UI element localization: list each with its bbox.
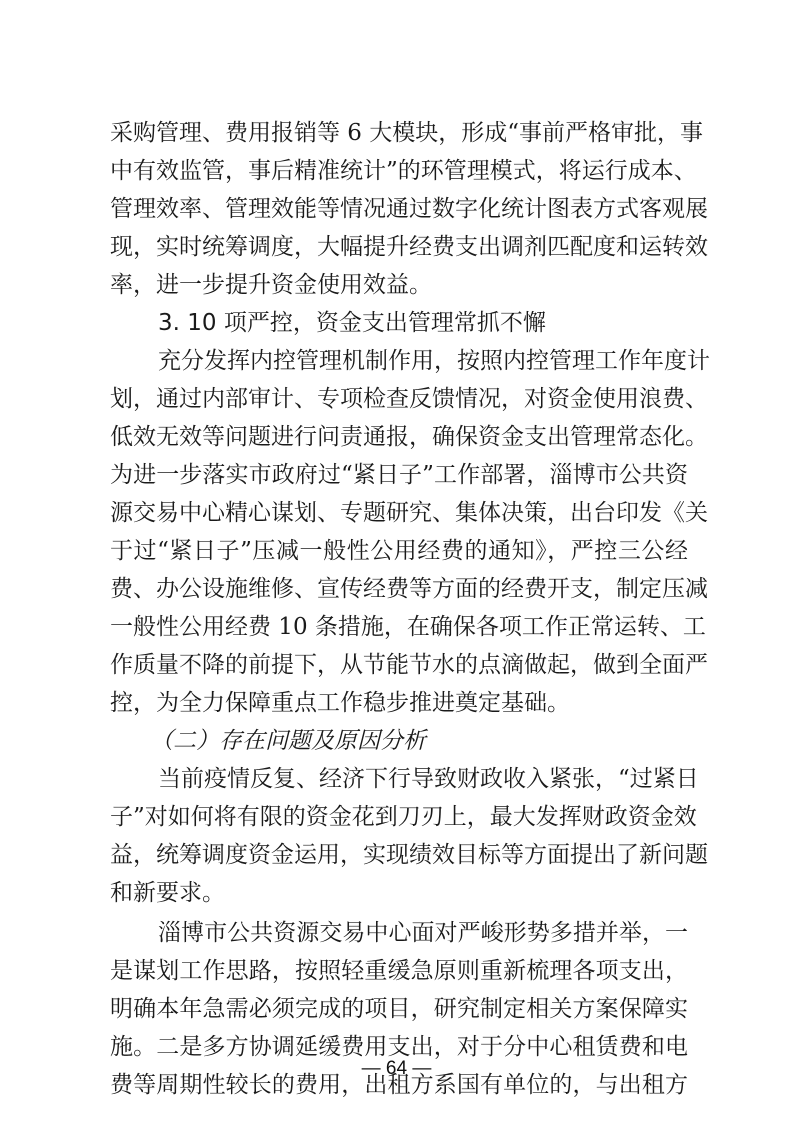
paragraph-line: 和新要求。	[110, 874, 688, 912]
paragraph-line: 是谋划工作思路，按照轻重缓急原则重新梳理各项支出，	[110, 952, 688, 990]
paragraph-line: 益，统筹调度资金运用，实现绩效目标等方面提出了新问题	[110, 836, 688, 874]
paragraph-line: 为进一步落实市政府过“紧日子”工作部署，淄博市公共资	[110, 456, 688, 494]
paragraph-line: 划，通过内部审计、专项检查反馈情况，对资金使用浪费、	[110, 380, 688, 418]
paragraph-line: 率，进一步提升资金使用效益。	[110, 266, 688, 304]
paragraph-line: 源交易中心精心谋划、专题研究、集体决策，出台印发《关	[110, 494, 688, 532]
paragraph-line: 费、办公设施维修、宣传经费等方面的经费开支，制定压减	[110, 570, 688, 608]
paragraph-line: 管理效率、管理效能等情况通过数字化统计图表方式客观展	[110, 190, 688, 228]
page-number: — 64 —	[0, 1058, 793, 1080]
section-heading-problems: （二）存在问题及原因分析	[150, 722, 680, 760]
section-heading-3-10: 3. 10 项严控，资金支出管理常抓不懈	[158, 304, 688, 342]
document-page: 采购管理、费用报销等 6 大模块，形成“事前严格审批，事 中有效监管，事后精准统…	[0, 0, 793, 1122]
paragraph-line: 现，实时统筹调度，大幅提升经费支出调剂匹配度和运转效	[110, 228, 688, 266]
paragraph-line: 淄博市公共资源交易中心面对严峻形势多措并举，一	[158, 914, 688, 952]
paragraph-line: 当前疫情反复、经济下行导致财政收入紧张，“过紧日	[158, 760, 688, 798]
paragraph-line: 子”对如何将有限的资金花到刀刃上，最大发挥财政资金效	[110, 798, 688, 836]
paragraph-line: 中有效监管，事后精准统计”的环管理模式，将运行成本、	[110, 152, 688, 190]
paragraph-line: 于过“紧日子”压减一般性公用经费的通知》，严控三公经	[110, 532, 688, 570]
paragraph-line: 作质量不降的前提下，从节能节水的点滴做起，做到全面严	[110, 646, 688, 684]
paragraph-line: 采购管理、费用报销等 6 大模块，形成“事前严格审批，事	[110, 114, 688, 152]
paragraph-line: 明确本年急需必须完成的项目，研究制定相关方案保障实	[110, 990, 688, 1028]
paragraph-line: 控，为全力保障重点工作稳步推进奠定基础。	[110, 684, 688, 722]
paragraph-line: 一般性公用经费 10 条措施，在确保各项工作正常运转、工	[110, 608, 688, 646]
paragraph-line: 低效无效等问题进行问责通报，确保资金支出管理常态化。	[110, 418, 688, 456]
paragraph-line: 充分发挥内控管理机制作用，按照内控管理工作年度计	[158, 342, 688, 380]
